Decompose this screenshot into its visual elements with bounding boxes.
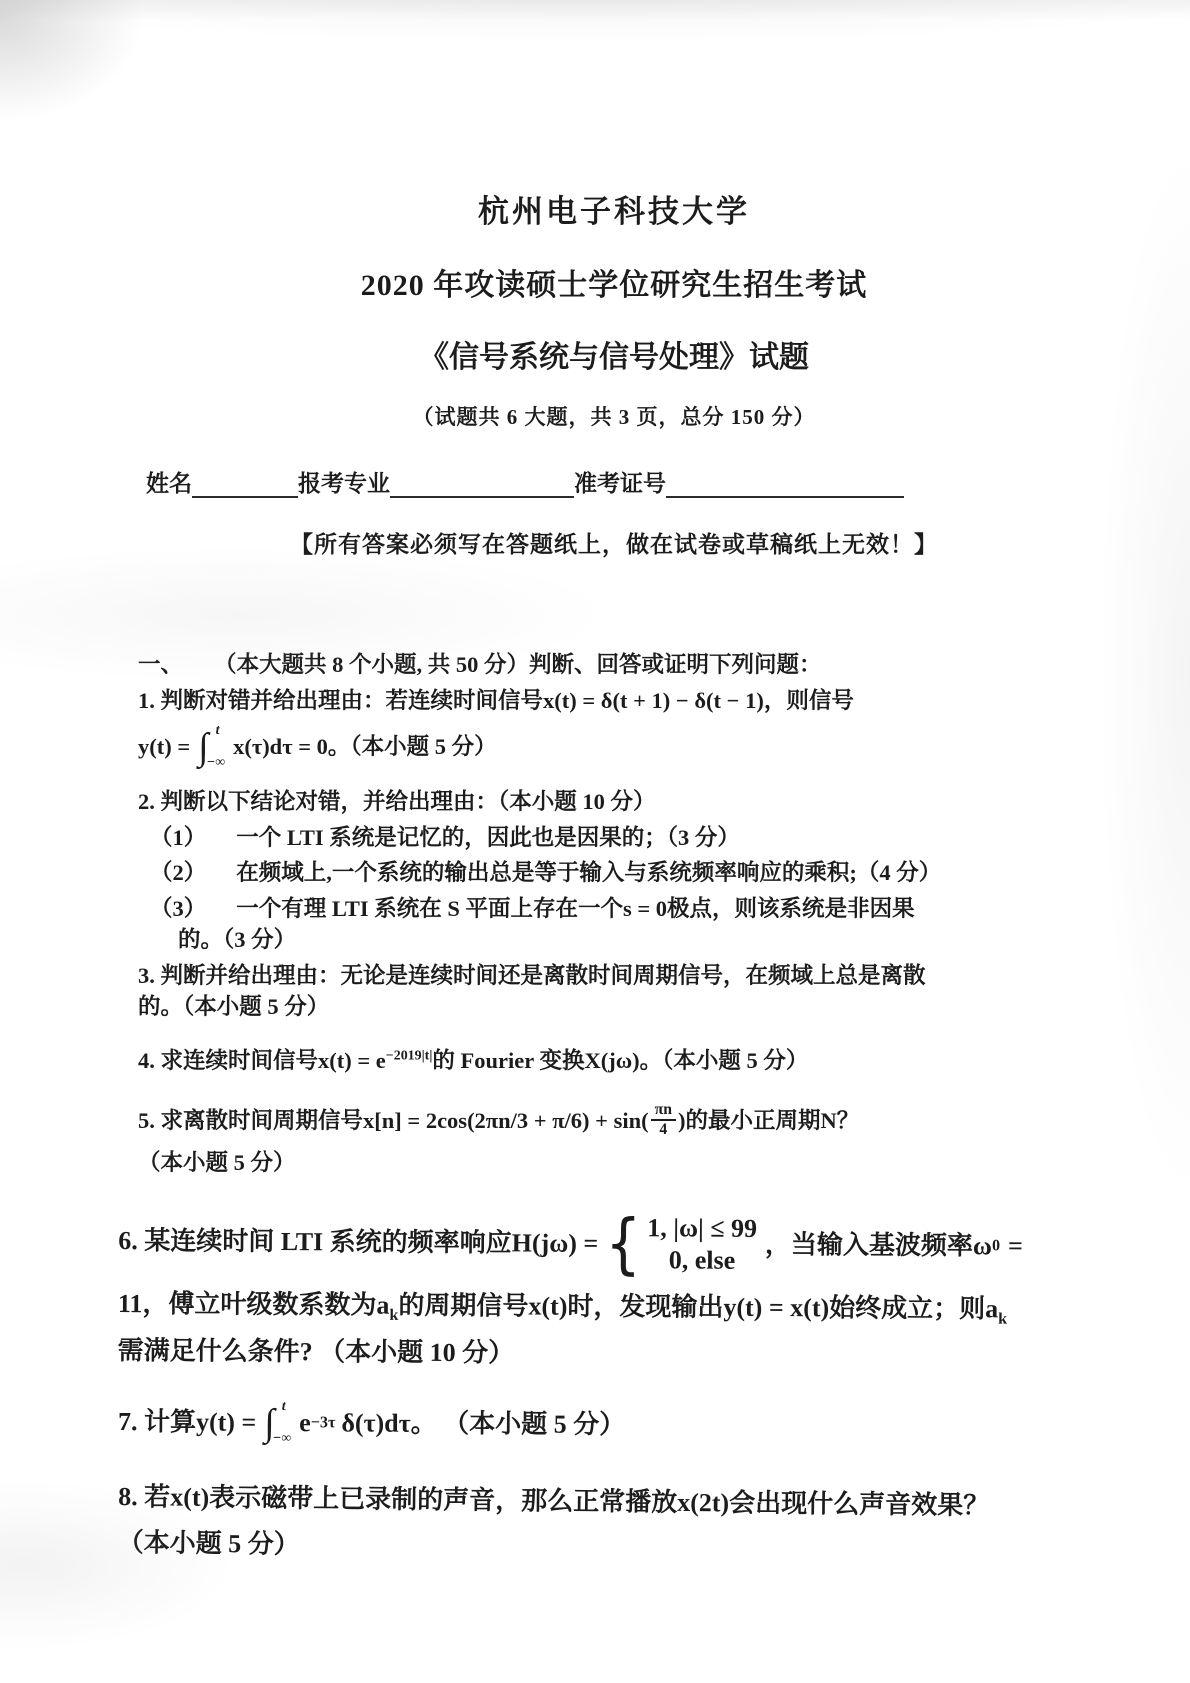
- q7-integral-upper-limit: t: [282, 1400, 292, 1414]
- integral-symbol-q7: ∫ t −∞: [264, 1400, 296, 1446]
- q5-fraction-numerator: πn: [651, 1101, 676, 1121]
- major-label: 报考专业: [298, 465, 390, 498]
- university-title: 杭州电子科技大学: [138, 186, 1090, 231]
- question-6-line2: 11，傅立叶级数系数为ak的周期信号x(t)时，发现输出y(t) = x(t)始…: [118, 1286, 1090, 1328]
- integral-limits: t −∞: [210, 724, 225, 770]
- q2-item2-text: 在频域上,一个系统的输出总是等于输入与系统频率响应的乘积;（4 分）: [236, 857, 941, 889]
- question-5: 5. 求离散时间周期信号x[n] = 2cos(2πn/3 + π/6) + s…: [138, 1102, 1090, 1139]
- section-one-numeral: 一、: [138, 649, 214, 681]
- name-label: 姓名: [146, 465, 192, 498]
- q2-item3-number: （3）: [150, 893, 206, 925]
- q1-formula-post: x(τ)dτ = 0。（本小题 5 分）: [233, 731, 497, 763]
- section-one-heading: （本大题共 8 个小题, 共 50 分）判断、回答或证明下列问题：: [214, 649, 822, 681]
- question-5-points: （本小题 5 分）: [138, 1147, 1090, 1179]
- q4-text-pre: 4. 求连续时间信号x(t) = e: [138, 1048, 386, 1073]
- candidate-info-row: 姓名 报考专业 准考证号: [146, 465, 1090, 498]
- q7-integral-lower-limit: −∞: [273, 1432, 292, 1446]
- q5-fraction: πn 4: [651, 1101, 676, 1138]
- exam-session-title: 2020 年攻读硕士学位研究生招生考试: [138, 260, 1090, 304]
- question-2-item-3-line2: 的。（3 分）: [138, 924, 1090, 956]
- q4-text-post: 的 Fourier 变换X(jω)。（本小题 5 分）: [432, 1048, 808, 1073]
- admission-no-blank-line: [666, 474, 904, 498]
- q5-text-post: )的最小正周期N？: [678, 1105, 859, 1137]
- question-8: 8. 若x(t)表示磁带上已录制的声音，那么正常播放x(2t)会出现什么声音效果…: [118, 1479, 1091, 1572]
- q6-equals: =: [1008, 1227, 1023, 1263]
- section-one: 一、 （本大题共 8 个小题, 共 50 分）判断、回答或证明下列问题： 1. …: [138, 649, 1090, 1562]
- q6-omega-subscript: 0: [992, 1237, 1000, 1253]
- question-2-intro: 2. 判断以下结论对错，并给出理由：（本小题 10 分）: [138, 786, 1090, 818]
- question-2-item-1: （1） 一个 LTI 系统是记忆的，因此也是因果的；（3 分）: [138, 822, 1090, 854]
- question-6: 6. 某连续时间 LTI 系统的频率响应H(jω) = { 1, |ω| ≤ 9…: [118, 1209, 1091, 1375]
- q5-text-pre: 5. 求离散时间周期信号x[n] = 2cos(2πn/3 + π/6) + s…: [138, 1105, 649, 1137]
- q6-line2-mid: 的周期信号x(t)时，发现输出y(t) = x(t)始终成立；则a: [398, 1291, 998, 1324]
- admission-no-label: 准考证号: [574, 465, 666, 498]
- integral-upper-limit: t: [216, 724, 225, 738]
- question-1-formula: y(t) = ∫ t −∞ x(τ)dτ = 0。（本小题 5 分）: [138, 724, 1090, 770]
- left-brace-symbol: {: [605, 1215, 641, 1271]
- name-blank-line: [192, 474, 298, 498]
- q6-ak-subscript-2: k: [998, 1311, 1007, 1328]
- q4-exponent: −2019|t|: [386, 1048, 433, 1063]
- major-blank-line: [390, 474, 574, 498]
- q5-fraction-denominator: 4: [651, 1121, 676, 1138]
- q7-text-pre: 7. 计算y(t) =: [118, 1404, 257, 1441]
- q6-line2-pre: 11，傅立叶级数系数为a: [118, 1289, 390, 1320]
- question-6-line3: 需满足什么条件? （本小题 10 分）: [118, 1332, 1090, 1374]
- integral-symbol: ∫ t −∞: [198, 724, 230, 770]
- question-3-line2: 的。（本小题 5 分）: [138, 991, 1090, 1023]
- q1-formula-pre: y(t) =: [138, 731, 190, 763]
- section-one-heading-row: 一、 （本大题共 8 个小题, 共 50 分）判断、回答或证明下列问题：: [138, 649, 1090, 681]
- q2-item3-text-line1: 一个有理 LTI 系统在 S 平面上存在一个s = 0极点，则该系统是非因果: [236, 893, 914, 925]
- question-2-item-3: （3） 一个有理 LTI 系统在 S 平面上存在一个s = 0极点，则该系统是非…: [138, 893, 1090, 925]
- question-8-line1: 8. 若x(t)表示磁带上已录制的声音，那么正常播放x(2t)会出现什么声音效果…: [118, 1479, 1090, 1526]
- question-4: 4. 求连续时间信号x(t) = e−2019|t|的 Fourier 变换X(…: [138, 1045, 1090, 1077]
- subject-title: 《信号系统与信号处理》试题: [138, 332, 1090, 376]
- exam-paper-page: 杭州电子科技大学 2020 年攻读硕士学位研究生招生考试 《信号系统与信号处理》…: [0, 0, 1190, 1562]
- q6-cases-column: 1, |ω| ≤ 99 0, else: [647, 1212, 757, 1276]
- answer-sheet-notice: 【所有答案必须写在答题纸上，做在试卷或草稿纸上无效！】: [138, 526, 1090, 559]
- integral-lower-limit: −∞: [207, 756, 225, 770]
- q7-text-post: δ(τ)dτ。 （本小题 5 分）: [341, 1405, 625, 1443]
- q6-piecewise-function: { 1, |ω| ≤ 99 0, else: [602, 1211, 757, 1275]
- q6-case-1: 1, |ω| ≤ 99: [647, 1212, 757, 1244]
- q6-text-mid: ，当输入基波频率ω: [765, 1226, 992, 1264]
- question-2-item-2: （2） 在频域上,一个系统的输出总是等于输入与系统频率响应的乘积;（4 分）: [138, 857, 1090, 889]
- paper-meta-line: （试题共 6 大题，共 3 页，总分 150 分）: [138, 401, 1090, 431]
- q6-case-2: 0, else: [647, 1243, 757, 1275]
- question-1-line1: 1. 判断对错并给出理由：若连续时间信号x(t) = δ(t + 1) − δ(…: [138, 685, 1090, 717]
- question-8-points: （本小题 5 分）: [118, 1525, 1090, 1572]
- q7-e-base: e: [299, 1405, 311, 1441]
- q2-item2-number: （2）: [150, 857, 206, 889]
- q2-item1-number: （1）: [150, 822, 206, 854]
- q6-ak-subscript-1: k: [389, 1307, 398, 1324]
- q7-exponent: −3τ: [311, 1415, 336, 1431]
- q6-text-pre: 6. 某连续时间 LTI 系统的频率响应H(jω) =: [118, 1222, 598, 1261]
- question-6-line1: 6. 某连续时间 LTI 系统的频率响应H(jω) = { 1, |ω| ≤ 9…: [118, 1209, 1090, 1278]
- question-3-line1: 3. 判断并给出理由：无论是连续时间还是离散时间周期信号，在频域上总是离散: [138, 960, 1090, 992]
- q2-item1-text: 一个 LTI 系统是记忆的，因此也是因果的；（3 分）: [236, 822, 740, 854]
- question-7: 7. 计算y(t) = ∫ t −∞ e−3τ δ(τ)dτ。 （本小题 5 分…: [118, 1399, 1090, 1451]
- q7-integral-limits: t −∞: [276, 1400, 292, 1446]
